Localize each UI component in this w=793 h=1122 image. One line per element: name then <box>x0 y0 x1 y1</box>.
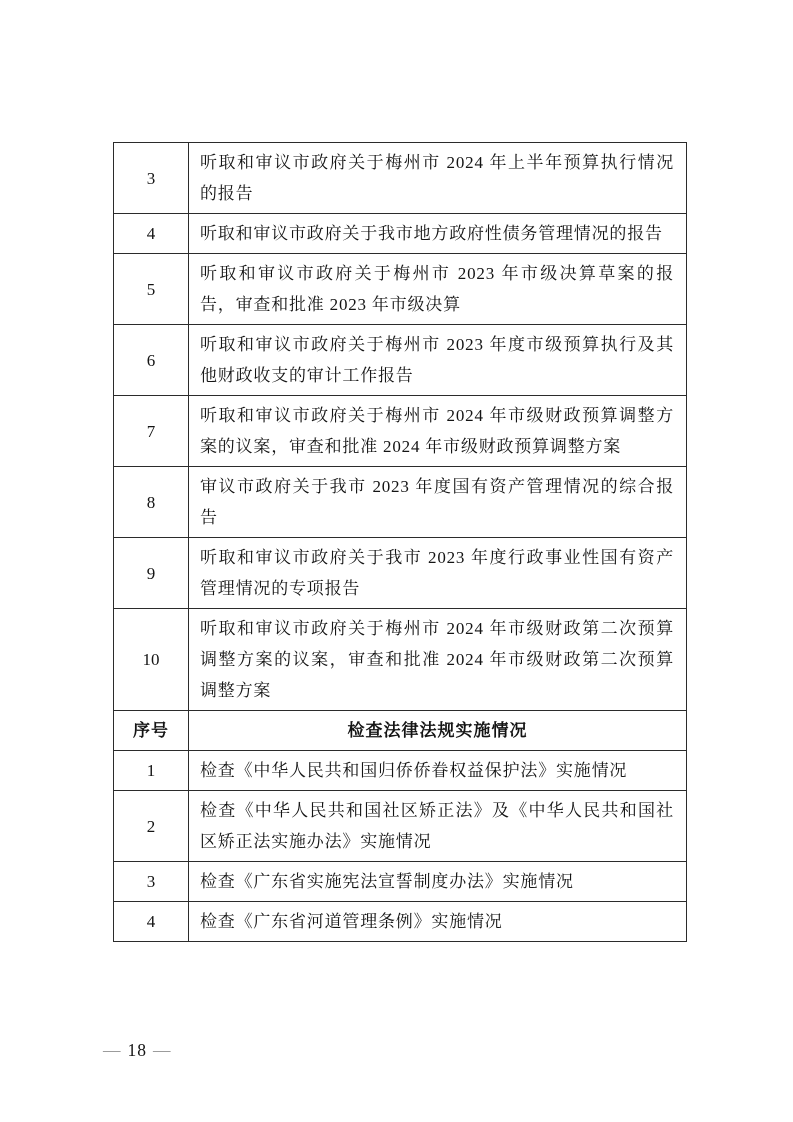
row-content-cell: 听取和审议市政府关于梅州市 2024 年市级财政预算调整方案的议案，审查和批准 … <box>189 396 687 467</box>
agenda-table: 3 听取和审议市政府关于梅州市 2024 年上半年预算执行情况的报告 4 听取和… <box>113 142 687 942</box>
row-content-cell: 审议市政府关于我市 2023 年度国有资产管理情况的综合报告 <box>189 467 687 538</box>
page-number-value: 18 <box>122 1040 154 1060</box>
table-row: 7 听取和审议市政府关于梅州市 2024 年市级财政预算调整方案的议案，审查和批… <box>114 396 687 467</box>
row-content-cell: 听取和审议市政府关于梅州市 2023 年度市级预算执行及其他财政收支的审计工作报… <box>189 325 687 396</box>
section-header-row: 序号 检查法律法规实施情况 <box>114 711 687 751</box>
section-header-number-label: 序号 <box>114 711 189 751</box>
row-number-cell: 3 <box>114 143 189 214</box>
row-number-cell: 5 <box>114 254 189 325</box>
table-row: 9 听取和审议市政府关于我市 2023 年度行政事业性国有资产管理情况的专项报告 <box>114 538 687 609</box>
document-page: 3 听取和审议市政府关于梅州市 2024 年上半年预算执行情况的报告 4 听取和… <box>0 0 793 1122</box>
row-content-cell: 听取和审议市政府关于梅州市 2023 年市级决算草案的报告，审查和批准 2023… <box>189 254 687 325</box>
row-content-cell: 检查《中华人民共和国社区矫正法》及《中华人民共和国社区矫正法实施办法》实施情况 <box>189 791 687 862</box>
table-row: 4 听取和审议市政府关于我市地方政府性债务管理情况的报告 <box>114 214 687 254</box>
row-content-cell: 听取和审议市政府关于梅州市 2024 年上半年预算执行情况的报告 <box>189 143 687 214</box>
row-number-cell: 6 <box>114 325 189 396</box>
row-content-cell: 听取和审议市政府关于我市 2023 年度行政事业性国有资产管理情况的专项报告 <box>189 538 687 609</box>
table-row: 2 检查《中华人民共和国社区矫正法》及《中华人民共和国社区矫正法实施办法》实施情… <box>114 791 687 862</box>
row-number-cell: 9 <box>114 538 189 609</box>
table-row: 10 听取和审议市政府关于梅州市 2024 年市级财政第二次预算调整方案的议案，… <box>114 609 687 711</box>
row-content-cell: 听取和审议市政府关于我市地方政府性债务管理情况的报告 <box>189 214 687 254</box>
page-number: —18— <box>103 1038 172 1062</box>
page-number-dash-left: — <box>103 1040 122 1060</box>
row-number-cell: 7 <box>114 396 189 467</box>
row-number-cell: 1 <box>114 751 189 791</box>
table-row: 8 审议市政府关于我市 2023 年度国有资产管理情况的综合报告 <box>114 467 687 538</box>
row-number-cell: 10 <box>114 609 189 711</box>
row-number-cell: 3 <box>114 862 189 902</box>
table-row: 5 听取和审议市政府关于梅州市 2023 年市级决算草案的报告，审查和批准 20… <box>114 254 687 325</box>
page-number-dash-right: — <box>153 1040 172 1060</box>
row-number-cell: 2 <box>114 791 189 862</box>
table-row: 3 检查《广东省实施宪法宣誓制度办法》实施情况 <box>114 862 687 902</box>
row-number-cell: 8 <box>114 467 189 538</box>
row-number-cell: 4 <box>114 214 189 254</box>
table-row: 4 检查《广东省河道管理条例》实施情况 <box>114 902 687 942</box>
table-row: 3 听取和审议市政府关于梅州市 2024 年上半年预算执行情况的报告 <box>114 143 687 214</box>
table-row: 6 听取和审议市政府关于梅州市 2023 年度市级预算执行及其他财政收支的审计工… <box>114 325 687 396</box>
section-header-title: 检查法律法规实施情况 <box>189 711 687 751</box>
row-content-cell: 检查《广东省河道管理条例》实施情况 <box>189 902 687 942</box>
row-content-cell: 检查《中华人民共和国归侨侨眷权益保护法》实施情况 <box>189 751 687 791</box>
row-number-cell: 4 <box>114 902 189 942</box>
table-row: 1 检查《中华人民共和国归侨侨眷权益保护法》实施情况 <box>114 751 687 791</box>
row-content-cell: 检查《广东省实施宪法宣誓制度办法》实施情况 <box>189 862 687 902</box>
row-content-cell: 听取和审议市政府关于梅州市 2024 年市级财政第二次预算调整方案的议案，审查和… <box>189 609 687 711</box>
